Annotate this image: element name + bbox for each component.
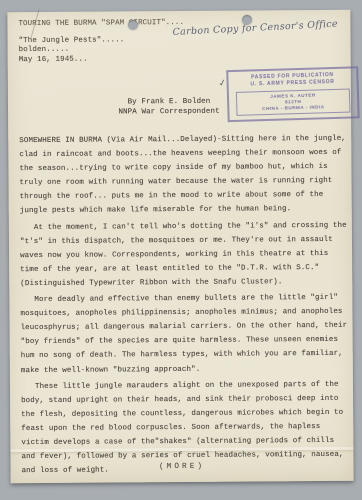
typewritten-paper: TOURING THE BURMA "SPAM CIRCUIT".... "Th…: [7, 10, 353, 483]
byline-organization: NNPA War Correspondent: [63, 107, 275, 118]
header-block: "The Jungle Pests"..... bolden..... May …: [19, 36, 125, 65]
punch-hole: [242, 15, 252, 25]
body-paragraph: SOMEWHERE IN BURMA (Via Air Mail...Delay…: [19, 132, 351, 219]
punch-hole: [128, 20, 138, 30]
body-paragraph: At the moment, I can't tell who's dottin…: [20, 218, 351, 291]
story-slug-line: TOURING THE BURMA "SPAM CIRCUIT"....: [18, 19, 184, 28]
date-line: May 16, 1945...: [19, 55, 125, 65]
story-title: "The Jungle Pests".....: [19, 36, 125, 46]
article-body: SOMEWHERE IN BURMA (Via Air Mail...Delay…: [19, 132, 352, 481]
handwritten-note: Carbon Copy for Censor's Office: [172, 18, 352, 38]
byline: By Frank E. Bolden NNPA War Corresponden…: [63, 97, 275, 118]
scanned-document-page: TOURING THE BURMA "SPAM CIRCUIT".... "Th…: [0, 0, 362, 500]
body-paragraph: More deadly and effective than enemy bul…: [20, 291, 352, 378]
